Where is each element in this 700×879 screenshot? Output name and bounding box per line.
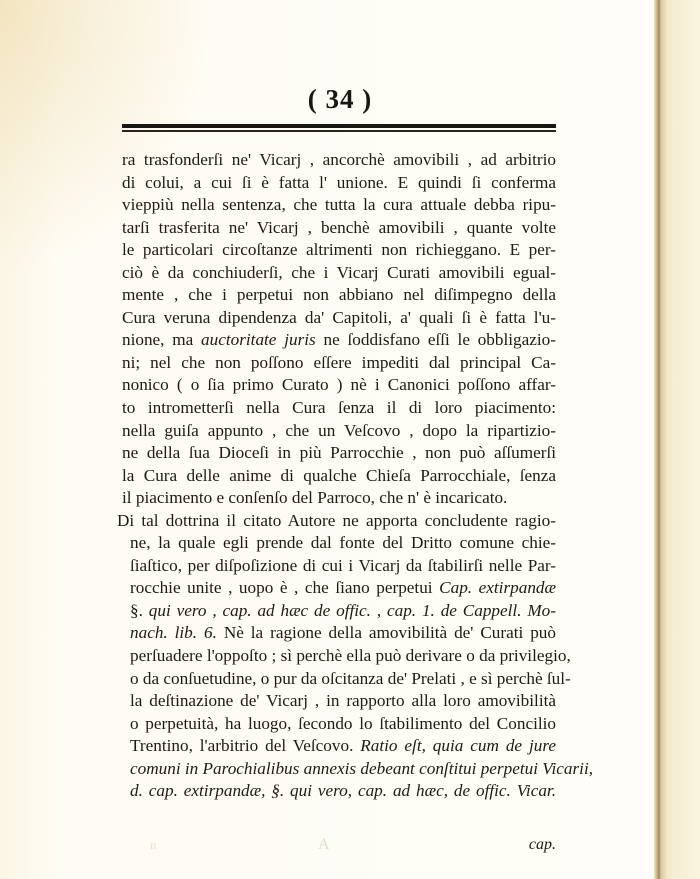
text-segment: nella guiſa appunto , che un Veſcovo , d… <box>122 421 556 440</box>
text-segment: Nè la ragione della amovibilità de' Cura… <box>217 623 556 642</box>
text-segment: Cura veruna dipendenza da' Capitoli, a' … <box>122 308 556 327</box>
text-line: d. cap. extirpandæ, §. qui vero, cap. ad… <box>122 780 556 803</box>
text-line: nach. lib. 6. Nè la ragione della amovib… <box>122 622 556 645</box>
header-rule-thick <box>122 124 556 128</box>
text-line: nione, ma auctoritate juris ne ſoddisfan… <box>122 329 556 352</box>
text-segment: ſiaſtico, per diſpoſizione di cui i Vica… <box>130 556 556 575</box>
bleed-through-mark: ɪɪ <box>150 838 157 853</box>
book-gutter <box>654 0 700 879</box>
text-line: la Cura delle anime di qualche Chieſa Pa… <box>122 465 556 488</box>
text-line: nella guiſa appunto , che un Veſcovo , d… <box>122 420 556 443</box>
text-line: ne della ſua Dioceſi in più Parrocchie ,… <box>122 442 556 465</box>
text-segment: o da conſuetudine, o pur da oſcitanza de… <box>130 669 571 688</box>
text-segment: ne della ſua Dioceſi in più Parrocchie ,… <box>122 443 556 462</box>
italic-citation: Ratio eſt, quia cum de jure <box>360 736 556 755</box>
text-segment: nione, ma <box>122 330 201 349</box>
text-line: Trentino, l'arbitrio del Veſcovo. Ratio … <box>122 735 556 758</box>
text-segment: nonico ( o ſia primo Curato ) nè i Canon… <box>122 375 556 394</box>
text-segment: ciò è da conchiuderſi, che i Vicarj Cura… <box>122 263 556 282</box>
text-segment: le particolari circoſtanze altrimenti no… <box>122 240 556 259</box>
text-line: le particolari circoſtanze altrimenti no… <box>122 239 556 262</box>
italic-citation: Cap. extirpandæ <box>439 578 556 597</box>
text-line: comuni in Parochialibus annexis debeant … <box>122 758 556 781</box>
text-line: to intrometterſi nella Cura ſenza il di … <box>122 397 556 420</box>
text-segment: ra trasfonderſi ne' Vicarj , ancorchè am… <box>122 150 556 169</box>
text-segment: di colui, a cui ſi è fatta l' unione. E … <box>122 173 556 192</box>
text-line: Di tal dottrina il citato Autore ne appo… <box>117 510 556 533</box>
text-segment: rocchie unite , uopo è , che ſiano perpe… <box>130 578 439 597</box>
page-number: ( 34 ) <box>0 84 680 115</box>
text-segment: ne, la quale egli prende dal fonte del D… <box>130 533 556 552</box>
italic-citation: auctoritate juris <box>201 330 316 349</box>
text-line: di colui, a cui ſi è fatta l' unione. E … <box>122 172 556 195</box>
text-line: vieppiù nella sentenza, che tutta la cur… <box>122 194 556 217</box>
text-line: §. qui vero , cap. ad hæc de offic. , ca… <box>122 600 556 623</box>
text-line: perſuadere l'oppoſto ; sì perchè ella pu… <box>122 645 556 668</box>
text-segment: Di tal dottrina il citato Autore ne appo… <box>117 511 556 530</box>
text-segment: la deſtinazione de' Vicarj , in rapporto… <box>130 691 556 710</box>
text-segment: §. <box>130 601 149 620</box>
text-line: il piacimento e conſenſo del Parroco, ch… <box>122 487 556 510</box>
header-rule-thin <box>122 130 556 132</box>
text-line: nonico ( o ſia primo Curato ) nè i Canon… <box>122 374 556 397</box>
text-line: mente , che i perpetui non abbiano nel d… <box>122 284 556 307</box>
text-segment: ne ſoddisfano eſſi le obbligazio- <box>316 330 556 349</box>
text-segment: vieppiù nella sentenza, che tutta la cur… <box>122 195 556 214</box>
text-line: o da conſuetudine, o pur da oſcitanza de… <box>122 668 556 691</box>
text-segment: Trentino, l'arbitrio del Veſcovo. <box>130 736 360 755</box>
text-segment: to intrometterſi nella Cura ſenza il di … <box>122 398 556 417</box>
catchword: cap. <box>122 836 556 859</box>
text-segment: mente , che i perpetui non abbiano nel d… <box>122 285 556 304</box>
text-line: ni; nel che non poſſono eſſere impediti … <box>122 352 556 375</box>
italic-citation: qui vero , cap. ad hæc de offic. <box>149 601 371 620</box>
text-segment: la Cura delle anime di qualche Chieſa Pa… <box>122 466 556 485</box>
text-line: Cura veruna dipendenza da' Capitoli, a' … <box>122 307 556 330</box>
text-line: tarſi trasferita ne' Vicarj , benchè amo… <box>122 217 556 240</box>
text-segment: o perpetuità, ha luogo, ſecondo lo ſtabi… <box>130 714 556 733</box>
text-segment: tarſi trasferita ne' Vicarj , benchè amo… <box>122 218 556 237</box>
italic-citation: comuni in Parochialibus annexis debeant … <box>130 759 593 778</box>
text-line: ſiaſtico, per diſpoſizione di cui i Vica… <box>122 555 556 578</box>
italic-citation: d. cap. extirpandæ, §. qui vero, cap. ad… <box>130 781 556 800</box>
text-segment: , <box>371 601 387 620</box>
text-segment: ni; nel che non poſſono eſſere impediti … <box>122 353 556 372</box>
text-line: o perpetuità, ha luogo, ſecondo lo ſtabi… <box>122 713 556 736</box>
text-line: la deſtinazione de' Vicarj , in rapporto… <box>122 690 556 713</box>
italic-citation: cap. 1. de Cappell. Mo- <box>387 601 556 620</box>
text-line: rocchie unite , uopo è , che ſiano perpe… <box>122 577 556 600</box>
text-segment: perſuadere l'oppoſto ; sì perchè ella pu… <box>130 646 571 665</box>
text-line: ne, la quale egli prende dal fonte del D… <box>122 532 556 555</box>
text-line: ciò è da conchiuderſi, che i Vicarj Cura… <box>122 262 556 285</box>
text-line: ra trasfonderſi ne' Vicarj , ancorchè am… <box>122 149 556 172</box>
body-text: ra trasfonderſi ne' Vicarj , ancorchè am… <box>122 149 556 803</box>
text-segment: il piacimento e conſenſo del Parroco, ch… <box>122 488 507 507</box>
bleed-through-mark: A <box>318 836 330 854</box>
italic-citation: nach. lib. 6. <box>130 623 217 642</box>
